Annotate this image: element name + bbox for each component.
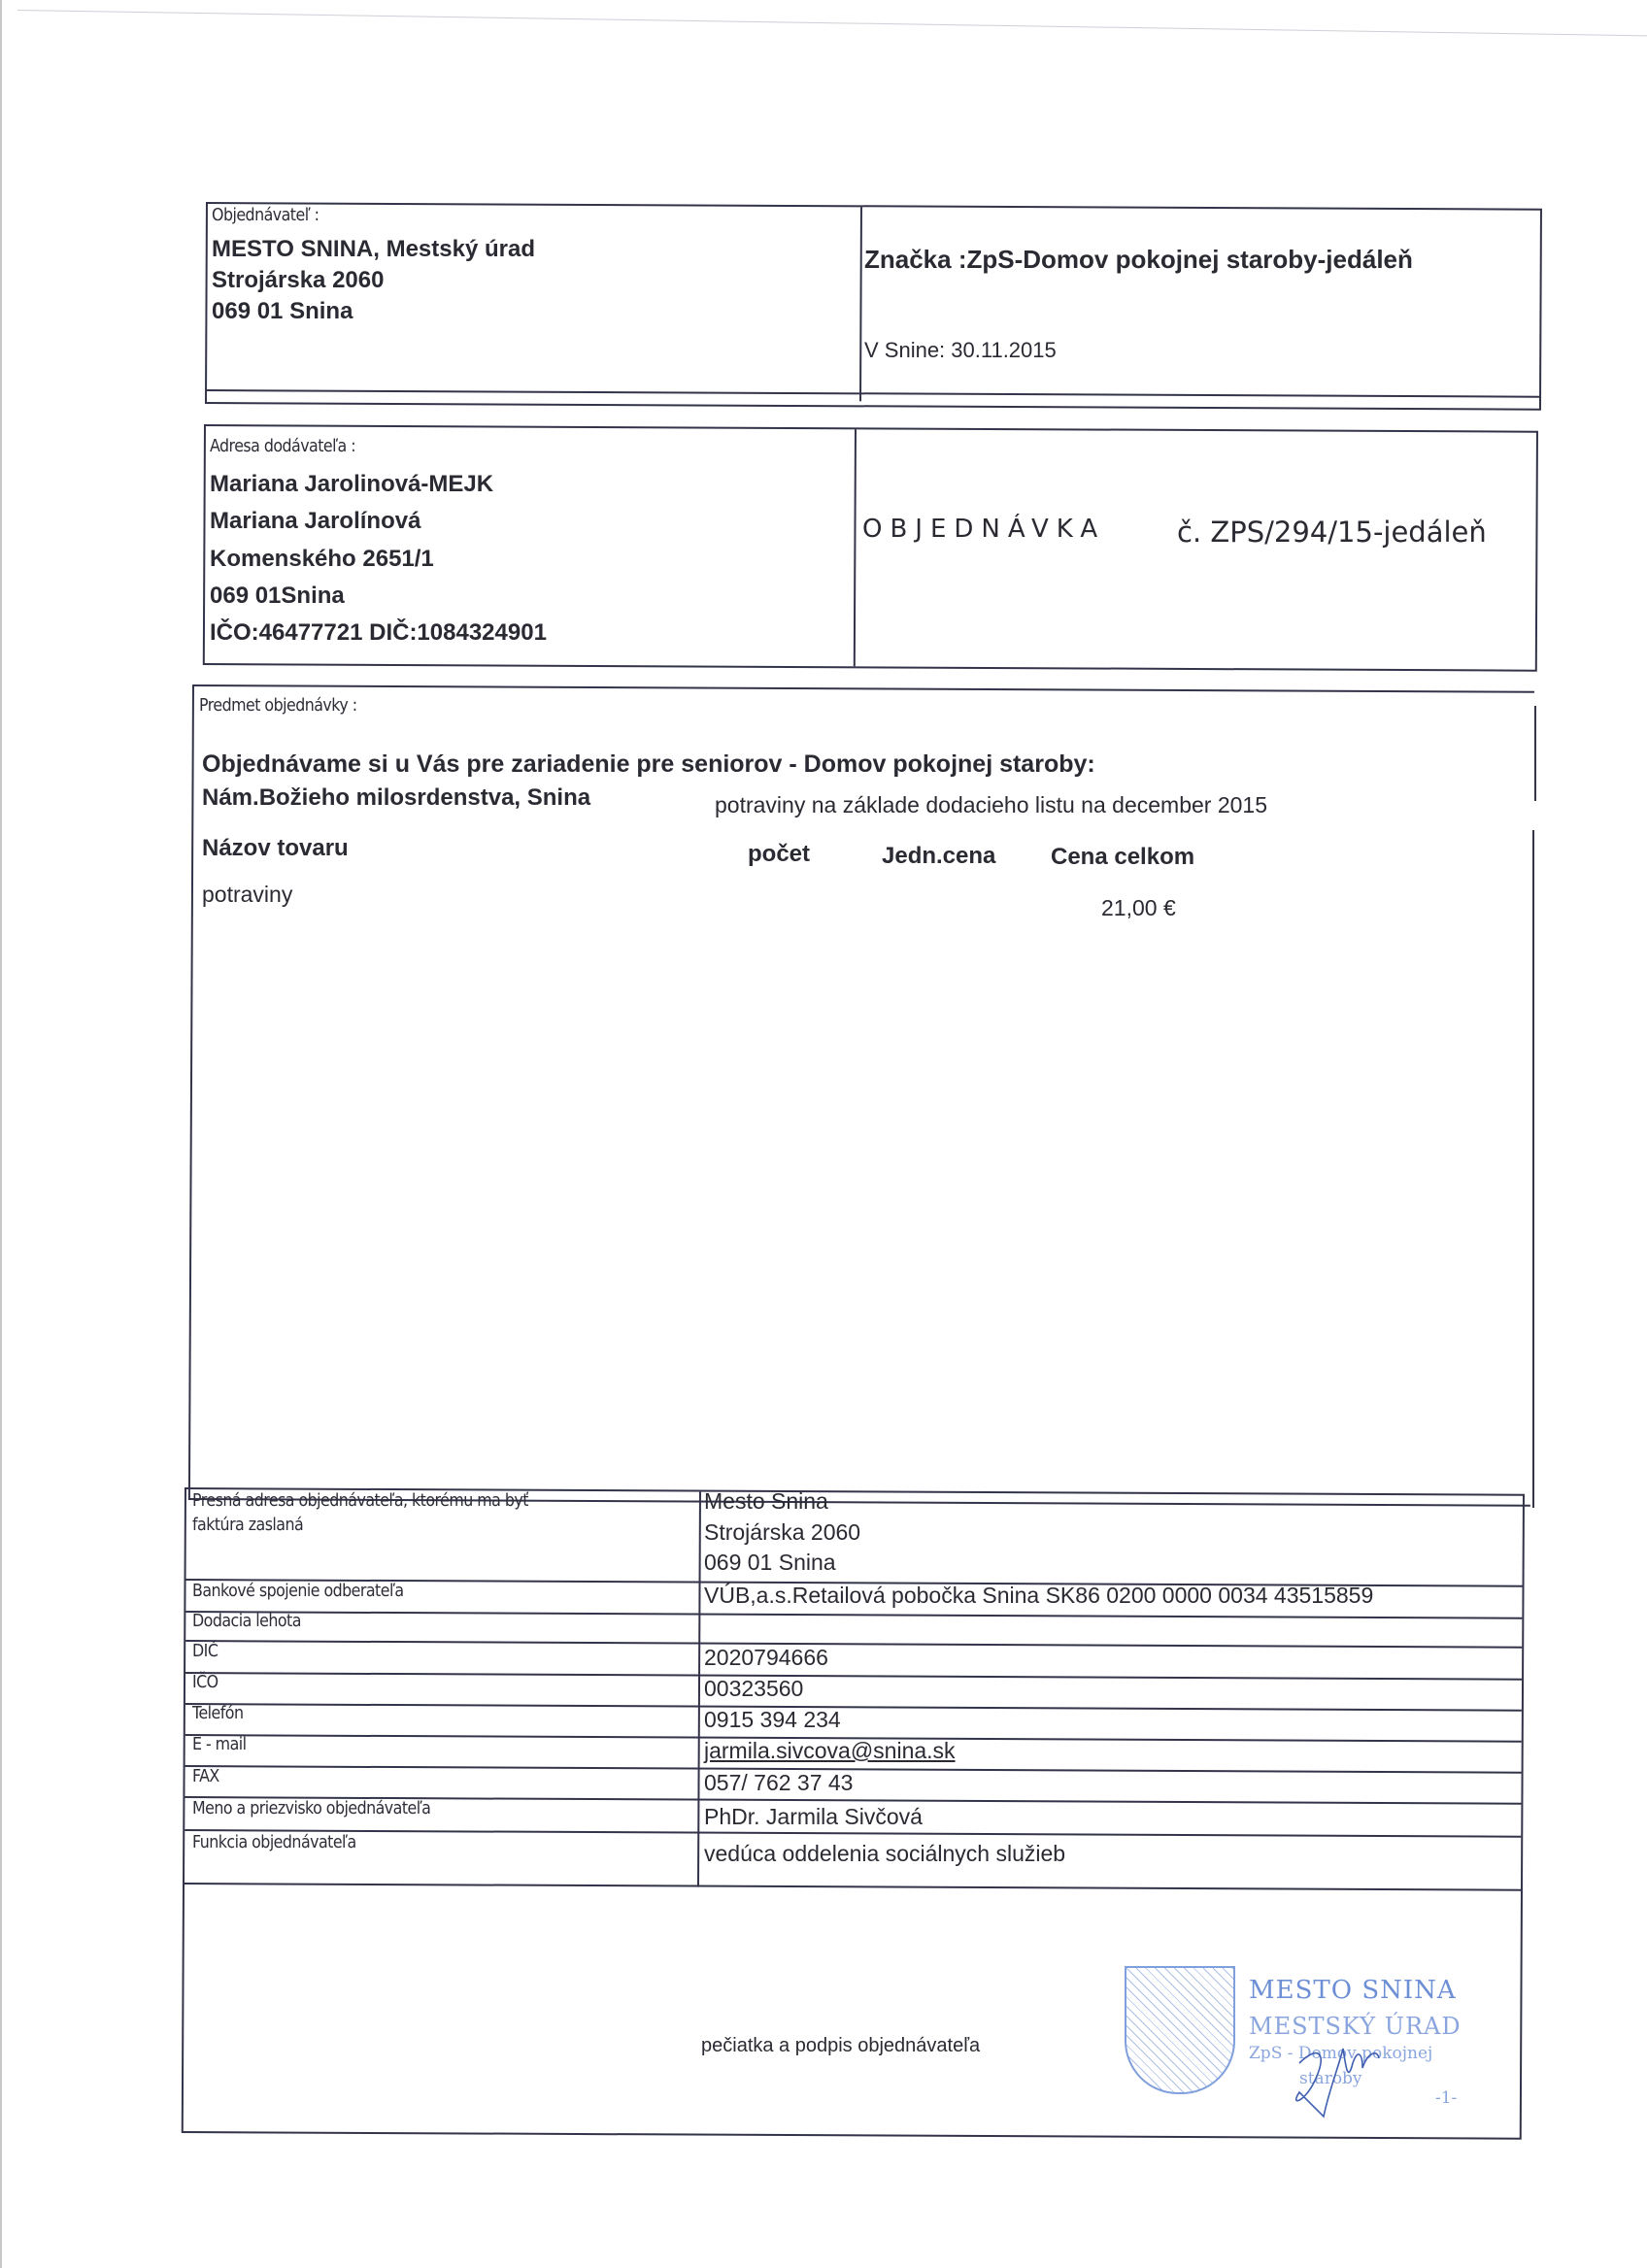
detail-label-fax: FAX: [192, 1766, 219, 1786]
detail-value-dic: 2020794666: [704, 1645, 828, 1671]
detail-label-function: Funkcia objednávateľa: [192, 1832, 356, 1852]
detail-value-invoice-line-3: 069 01 Snina: [704, 1550, 836, 1576]
detail-value-fax: 057/ 762 37 43: [704, 1770, 853, 1796]
orderer-label: Objednávateľ :: [212, 205, 319, 225]
scan-edge: [0, 0, 2, 2268]
orderer-name: MESTO SNINA, Mestský úrad: [212, 236, 535, 263]
detail-label-bank: Bankové spojenie odberateľa: [192, 1581, 404, 1601]
header-box: [205, 202, 1542, 411]
detail-label-delivery: Dodacia lehota: [192, 1611, 301, 1631]
column-header-unit-price: Jedn.cena: [882, 843, 995, 870]
supplier-line-2: Mariana Jarolínová: [210, 508, 420, 535]
supplier-label: Adresa dodávateľa :: [210, 436, 355, 456]
detail-label-ico: IČO: [192, 1672, 218, 1692]
signature-label: pečiatka a podpis objednávateľa: [701, 2035, 980, 2057]
subject-place: Nám.Božieho milosrdenstva, Snina: [202, 784, 590, 812]
supplier-line-4: 069 01Snina: [210, 583, 345, 610]
detail-label-invoice-address: Presná adresa objednávateľa, ktorému ma …: [192, 1490, 528, 1511]
subject-intro: Objednávame si u Vás pre zariadenie pre …: [202, 750, 1095, 779]
detail-value-phone: 0915 394 234: [704, 1707, 841, 1733]
detail-label-contact-name: Meno a priezvisko objednávateľa: [192, 1798, 430, 1818]
detail-label-dic: DIČ: [192, 1641, 218, 1661]
subject-right-edge: [1534, 706, 1536, 801]
scan-artifact-line: [17, 10, 1647, 36]
detail-value-function: vedúca oddelenia sociálnych služieb: [704, 1841, 1065, 1867]
column-header-count: počet: [748, 841, 810, 868]
detail-value-invoice-line-2: Strojárska 2060: [704, 1519, 860, 1546]
stamp-line-1: MESTO SNINA: [1249, 1976, 1457, 2005]
detail-value-contact-name: PhDr. Jarmila Sivčová: [704, 1804, 923, 1830]
coat-of-arms-icon: [1125, 1966, 1235, 2094]
detail-value-invoice-line-1: Mesto Snina: [704, 1488, 828, 1515]
supplier-line-5: IČO:46477721 DIČ:1084324901: [210, 619, 547, 647]
supplier-line-3: Komenského 2651/1: [210, 546, 434, 573]
orderer-street: Strojárska 2060: [212, 267, 384, 294]
reference-date: V Snine: 30.11.2015: [864, 338, 1057, 363]
handwritten-signature-icon: [1270, 2024, 1406, 2131]
detail-value-ico: 00323560: [704, 1676, 803, 1702]
official-stamp: MESTO SNINA MESTSKÝ ÚRAD ZpS - Domov pok…: [1125, 1966, 1484, 2126]
order-title-word: OBJEDNÁVKA: [862, 515, 1105, 544]
order-number: č. ZPS/294/15-jedáleň: [1177, 516, 1487, 549]
item-name: potraviny: [202, 882, 292, 908]
column-header-total: Cena celkom: [1051, 844, 1194, 871]
reference-mark: Značka :ZpS-Domov pokojnej staroby-jedál…: [864, 245, 1413, 275]
supplier-line-1: Mariana Jarolinová-MEJK: [210, 471, 493, 498]
subject-description: potraviny na základe dodacieho listu na …: [715, 792, 1267, 818]
column-header-name: Názov tovaru: [202, 835, 349, 862]
subject-right-edge-lower: [1532, 830, 1534, 1508]
detail-value-email-link[interactable]: jarmila.sivcova@snina.sk: [704, 1738, 956, 1764]
detail-label-invoice-address-2: faktúra zaslaná: [192, 1515, 303, 1535]
detail-value-bank: VÚB,a.s.Retailová pobočka Snina SK86 020…: [704, 1583, 1373, 1609]
detail-label-email: E - mail: [192, 1734, 247, 1754]
detail-label-phone: Telefón: [192, 1703, 243, 1723]
stamp-line-5: -1-: [1435, 2088, 1457, 2108]
subject-label: Predmet objednávky :: [199, 695, 357, 716]
orderer-city: 069 01 Snina: [212, 298, 353, 325]
item-total: 21,00 €: [1101, 895, 1176, 921]
